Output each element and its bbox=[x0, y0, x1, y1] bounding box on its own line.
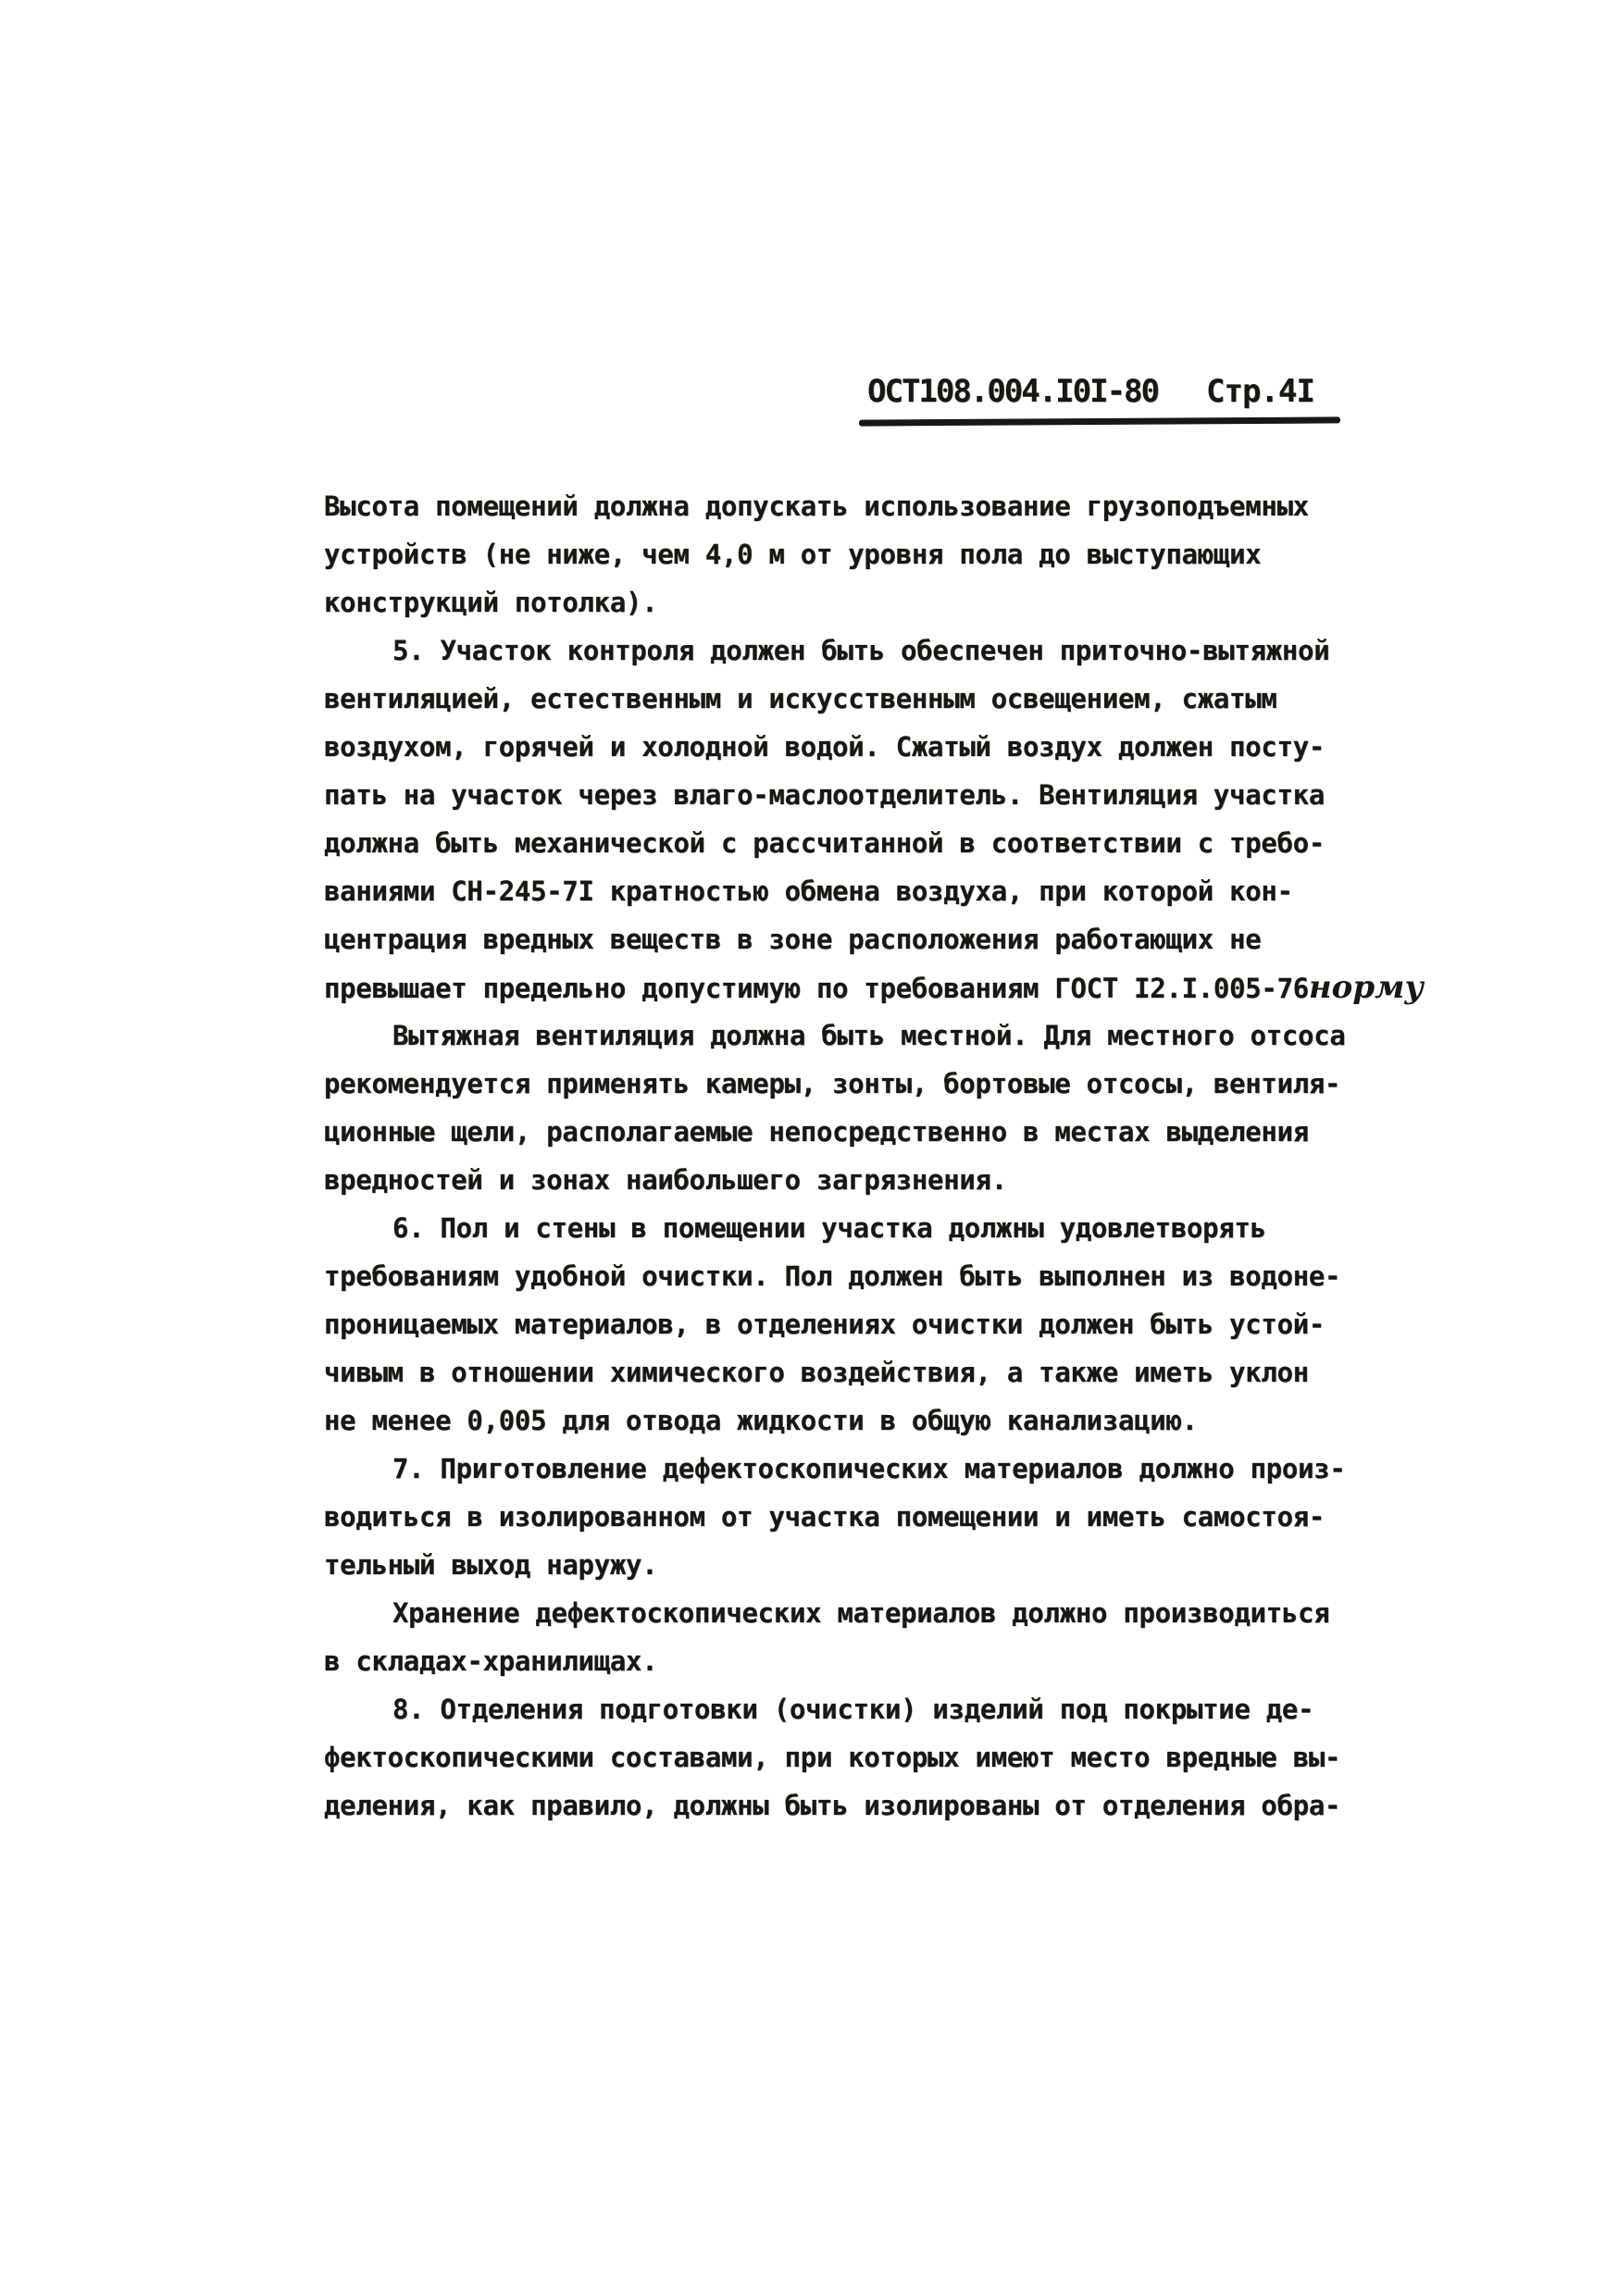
text-line: в складах-хранилищах. bbox=[324, 1637, 1365, 1685]
text-line: деления, как правило, должны быть изолир… bbox=[324, 1781, 1365, 1830]
text-line: 8. Отделения подготовки (очистки) издели… bbox=[324, 1685, 1365, 1733]
handwritten-annotation: норму bbox=[1309, 969, 1424, 1006]
text-line: вредностей и зонах наибольшего загрязнен… bbox=[324, 1156, 1365, 1204]
text-line: Хранение дефектоскопических материалов д… bbox=[324, 1589, 1365, 1637]
text-line: 5. Участок контроля должен быть обеспече… bbox=[324, 627, 1365, 675]
standard-number: ОСТ108.004.I0I-80 bbox=[867, 373, 1158, 410]
text-line: воздухом, горячей и холодной водой. Сжат… bbox=[324, 723, 1365, 771]
text-line: конструкций потолка). bbox=[324, 578, 1365, 627]
text-line: не менее 0,005 для отвода жидкости в общ… bbox=[324, 1396, 1365, 1445]
text-line: чивым в отношении химического воздействи… bbox=[324, 1348, 1365, 1396]
text-line: тельный выход наружу. bbox=[324, 1541, 1365, 1589]
text-line-with-annotation: превышает предельно допустимую по требов… bbox=[324, 963, 1365, 1011]
paragraph-item-6-floor-walls: 6. Пол и стены в помещении участка должн… bbox=[324, 1204, 1365, 1445]
text-line: центрация вредных веществ в зоне располо… bbox=[324, 915, 1365, 963]
text-line: 7. Приготовление дефектоскопических мате… bbox=[324, 1445, 1365, 1493]
text-line: устройств (не ниже, чем 4,0 м от уровня … bbox=[324, 530, 1365, 578]
paragraph-continuation-room-height: Высота помещений должна допускать исполь… bbox=[324, 482, 1365, 627]
text-line: Вытяжная вентиляция должна быть местной.… bbox=[324, 1011, 1365, 1060]
paragraph-item-5-ventilation: 5. Участок контроля должен быть обеспече… bbox=[324, 627, 1365, 1011]
typed-text: превышает предельно допустимую по требов… bbox=[324, 973, 1309, 1004]
text-line: водиться в изолированном от участка поме… bbox=[324, 1493, 1365, 1541]
paragraph-item-7-preparation: 7. Приготовление дефектоскопических мате… bbox=[324, 1445, 1365, 1589]
scanned-document-page: ОСТ108.004.I0I-80Стр.4I Высота помещений… bbox=[0, 0, 1618, 2296]
paragraph-storage: Хранение дефектоскопических материалов д… bbox=[324, 1589, 1365, 1685]
paragraph-item-8-cleaning-sections: 8. Отделения подготовки (очистки) издели… bbox=[324, 1685, 1365, 1830]
text-line: должна быть механической с рассчитанной … bbox=[324, 819, 1365, 867]
text-line: рекомендуется применять камеры, зонты, б… bbox=[324, 1060, 1365, 1108]
text-line: требованиям удобной очистки. Пол должен … bbox=[324, 1252, 1365, 1300]
text-line: 6. Пол и стены в помещении участка должн… bbox=[324, 1204, 1365, 1252]
text-line: ваниями СН-245-7I кратностью обмена возд… bbox=[324, 867, 1365, 915]
document-body-text: Высота помещений должна допускать исполь… bbox=[324, 482, 1365, 1830]
running-head: ОСТ108.004.I0I-80Стр.4I bbox=[867, 371, 1314, 412]
text-line: проницаемых материалов, в отделениях очи… bbox=[324, 1300, 1365, 1348]
text-line: пать на участок через влаго-маслоотделит… bbox=[324, 771, 1365, 819]
text-line: фектоскопическими составами, при которых… bbox=[324, 1733, 1365, 1781]
text-line: вентиляцией, естественным и искусственны… bbox=[324, 675, 1365, 723]
paragraph-local-exhaust: Вытяжная вентиляция должна быть местной.… bbox=[324, 1011, 1365, 1204]
header-underline-rule bbox=[859, 416, 1340, 426]
text-line: Высота помещений должна допускать исполь… bbox=[324, 482, 1365, 530]
page-number-label: Стр.4I bbox=[1206, 373, 1314, 410]
text-line: ционные щели, располагаемые непосредстве… bbox=[324, 1108, 1365, 1156]
